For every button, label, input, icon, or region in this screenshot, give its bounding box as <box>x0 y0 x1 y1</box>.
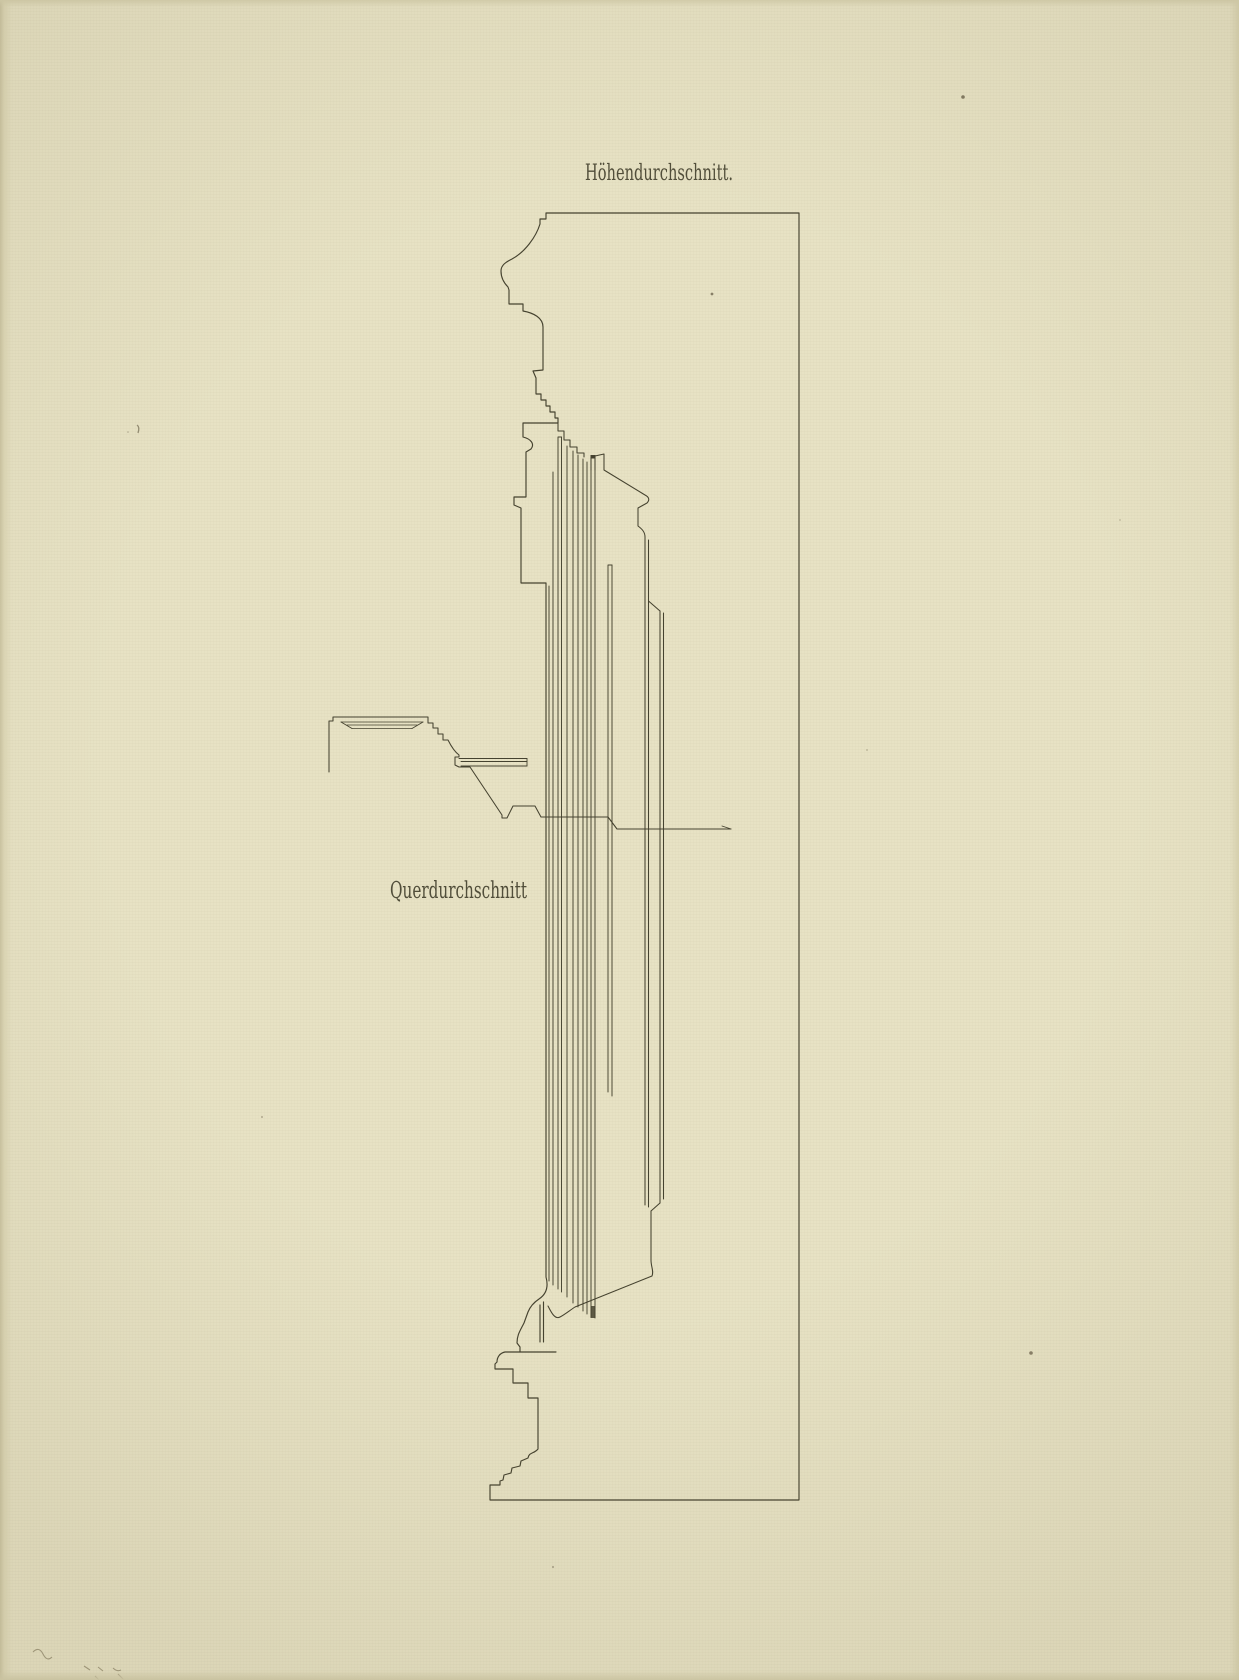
scanned-plate-sheet: Höhendurchschnitt. Querdurchschnitt <box>0 0 1239 1680</box>
shaft-flute-lines <box>549 437 612 1318</box>
panel-moulding-lines <box>341 722 423 729</box>
architectural-section-drawing: Höhendurchschnitt. Querdurchschnitt <box>0 0 1239 1680</box>
vertical-section-label: Höhendurchschnitt. <box>585 161 733 186</box>
capital-right-profile <box>548 423 664 1318</box>
cross-section-profile <box>329 717 731 829</box>
paper-foxing-specks <box>127 95 1121 1568</box>
thin-board-section <box>459 759 527 767</box>
pencil-marks <box>33 1649 124 1680</box>
cross-section-label: Querdurchschnitt <box>390 878 527 904</box>
